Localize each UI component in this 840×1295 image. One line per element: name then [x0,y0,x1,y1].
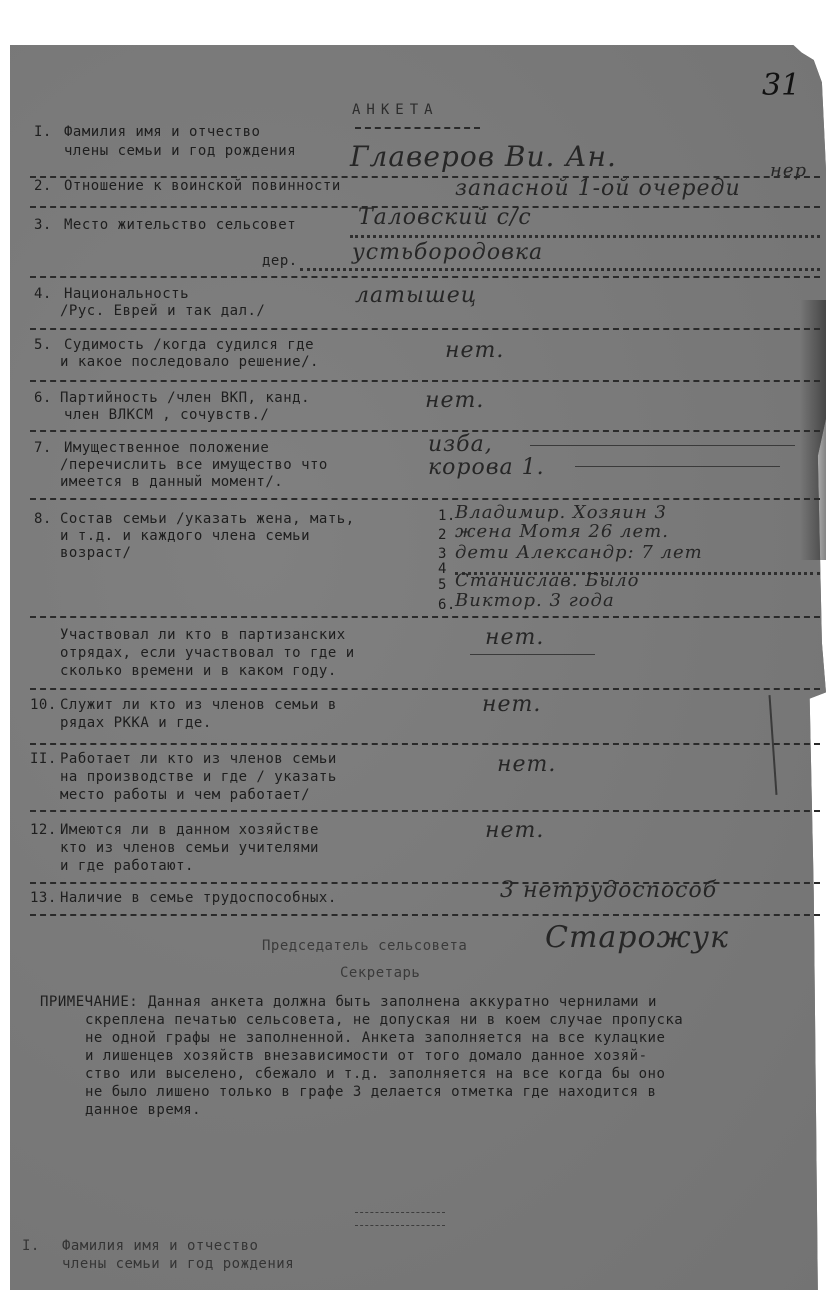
field-label: Наличие в семье трудоспособных. [60,890,337,907]
field-label: Состав семьи /указать жена, мать, [60,511,355,528]
handwritten-answer: Главеров Ви. Ан. [350,140,617,173]
note-label: ПРИМЕЧАНИЕ: [40,994,138,1011]
faint-divider [355,1225,445,1226]
field-number: I. [22,1238,40,1255]
field-label: Работает ли кто из членов семьи [60,751,337,768]
handwritten-subanswer: устьбородовка [352,240,543,265]
field-label: член ВЛКСМ , сочувств./ [64,407,269,424]
family-member: жена Мотя 26 лет. [455,521,669,542]
family-member: Виктор. 3 года [455,590,615,611]
family-index: 1. [438,508,456,525]
family-member: дети Александр: 7 лет [455,542,703,563]
dotted-fill-line [300,268,820,271]
family-index: 2 [438,527,447,544]
margin-note: нер [770,160,807,181]
field-number: 4. [34,286,52,303]
field-label: Служит ли кто из членов семьи в [60,697,337,714]
field-label: рядах РККА и где. [60,715,212,732]
field-number: 5. [34,337,52,354]
field-number: 7. [34,440,52,457]
field-number: 2. [34,178,52,195]
field-label: место работы и чем работает/ [60,787,310,804]
field-label: Фамилия имя и отчество [64,124,260,141]
page-number: 31 [762,68,800,103]
field-label: Имущественное положение [64,440,269,457]
field-label: и где работают. [60,858,194,875]
row-divider [30,914,820,916]
handwritten-answer: изба, [428,432,493,457]
handwritten-answer: нет. [482,692,541,717]
family-index: 4 [438,561,447,578]
note-line: Данная анкета должна быть заполнена акку… [148,994,657,1011]
field-label: кто из членов семьи учителями [60,840,319,857]
family-member: Владимир. Хозяин 3 [455,502,667,523]
field-label: /Рус. Еврей и так дал./ [60,303,265,320]
handwritten-answer: Таловский с/с [358,205,532,230]
field-label: сколько времени и в каком году. [60,663,337,680]
form-title: АНКЕТА [352,102,439,119]
row-divider [30,328,820,330]
note-line: данное время. [85,1102,201,1119]
strike-line [530,445,795,446]
handwritten-answer: нет. [425,388,484,413]
chairman-signature: Старожук [545,920,729,955]
field-label: Национальность [64,286,189,303]
family-index: 5 [438,577,447,594]
title-underline [355,127,480,129]
handwritten-answer: нет. [497,752,556,777]
row-divider [30,430,820,432]
field-number: I. [34,124,52,141]
field-label: /перечислить все имущество что [60,457,328,474]
note-line: ство или выселено, сбежало и т.д. заполн… [85,1066,665,1083]
note-line: не было лишено только в графе 3 делается… [85,1084,656,1101]
field-label: на производстве и где / указать [60,769,337,786]
field-number: 6. [34,390,52,407]
handwritten-answer: латышец [355,283,477,308]
row-divider [30,743,820,745]
answer-underline [470,654,595,655]
field-number: II. [30,751,57,768]
family-member: Станислав. Было [455,570,639,591]
note-line: и лишенцев хозяйств внезависимости от то… [85,1048,648,1065]
row-divider [30,380,820,382]
field-number: 8. [34,511,52,528]
handwritten-answer: нет. [445,338,504,363]
handwritten-answer: нет. [485,818,544,843]
row-divider [30,276,820,278]
field-label: Имеются ли в данном хозяйстве [60,822,319,839]
row-divider [30,616,820,618]
field-label: члены семьи и год рождения [64,143,296,160]
field-label: Место жительство сельсовет [64,217,296,234]
field-label: члены семьи и год рождения [62,1256,294,1273]
field-label: Отношение к воинской повинности [64,178,341,195]
handwritten-answer: запасной 1-ой очереди [455,176,741,201]
row-divider [30,498,820,500]
row-divider [30,810,820,812]
secretary-label: Секретарь [340,965,420,982]
row-divider [30,688,820,690]
handwritten-answer: нет. [485,625,544,650]
field-label: и т.д. и каждого члена семьи [60,528,310,545]
family-index: 6. [438,597,456,614]
field-number: 13. [30,890,57,907]
note-line: скреплена печатью сельсовета, не допуска… [85,1012,683,1029]
field-label: Фамилия имя и отчество [62,1238,258,1255]
field-label: и какое последовало решение/. [60,354,319,371]
dotted-fill-line [350,235,820,238]
handwritten-answer: 3 нетрудоспособ [500,878,717,903]
field-label: отрядах, если участвовал то где и [60,645,355,662]
field-number: 3. [34,217,52,234]
field-label: Судимость /когда судился где [64,337,314,354]
field-label: Участвовал ли кто в партизанских [60,627,346,644]
handwritten-answer: корова 1. [428,455,545,480]
field-sublabel: дер. [262,253,298,270]
field-label: возраст/ [60,545,131,562]
field-number: 12. [30,822,57,839]
note-line: не одной графы не заполненной. Анкета за… [85,1030,665,1047]
faint-divider [355,1212,445,1213]
chairman-label: Председатель сельсовета [262,938,467,955]
field-number: 10. [30,697,57,714]
strike-line [575,466,780,467]
field-label: имеется в данный момент/. [60,474,283,491]
field-label: Партийность /член ВКП, канд. [60,390,310,407]
